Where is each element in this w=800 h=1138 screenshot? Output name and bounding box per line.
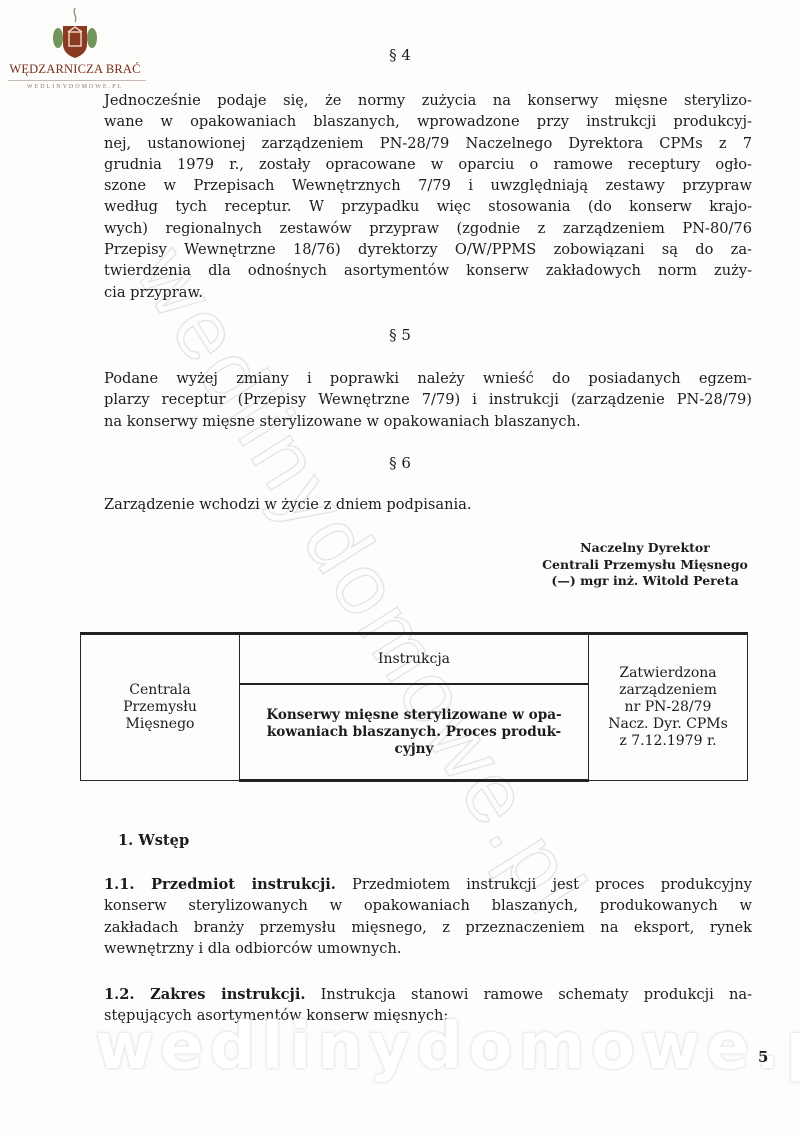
signature-institution: Centrali Przemysłu Mięsnego — [520, 557, 770, 574]
document-title-cell: Konserwy mięsne sterylizowane w opa- kow… — [240, 684, 589, 781]
document-type-cell: Instrukcja — [240, 634, 589, 685]
text-line: zakładach branży przemysłu mięsnego, z p… — [104, 917, 752, 938]
text-line: szone w Przepisach Wewnętrznych 7/79 i u… — [104, 175, 752, 196]
section-5-symbol: § 5 — [0, 326, 800, 344]
section-5-paragraph: Podane wyżej zmiany i poprawki należy wn… — [104, 368, 752, 432]
text-line: 1.1. Przedmiot instrukcji. Przedmiotem i… — [104, 874, 752, 895]
item-1-1-paragraph: 1.1. Przedmiot instrukcji. Przedmiotem i… — [104, 874, 752, 959]
text-line: na konserwy mięsne sterylizowane w opako… — [104, 411, 752, 432]
section-4-symbol: § 4 — [0, 46, 800, 64]
signature-name: (—) mgr inż. Witold Pereta — [520, 573, 770, 590]
item-1-2-paragraph: 1.2. Zakres instrukcji. Instrukcja stano… — [104, 984, 752, 1027]
approval-cell: Zatwierdzona zarządzeniem nr PN-28/79 Na… — [589, 634, 748, 781]
text-line: grudnia 1979 r., zostały opracowane w op… — [104, 154, 752, 175]
text-line: wewnętrzny i dla odbiorców umownych. — [104, 938, 752, 959]
signature-block: Naczelny Dyrektor Centrali Przemysłu Mię… — [520, 540, 770, 590]
page-number: 5 — [758, 1048, 768, 1066]
signature-title: Naczelny Dyrektor — [520, 540, 770, 557]
logo-brand-name: WĘDZARNICZA BRAĆ — [0, 62, 150, 77]
text-line: Przepisy Wewnętrzne 18/76) dyrektorzy O/… — [104, 239, 752, 260]
text-line: Podane wyżej zmiany i poprawki należy wn… — [104, 368, 752, 389]
text-line: Jednocześnie podaje się, że normy zużyci… — [104, 90, 752, 111]
logo-divider — [8, 80, 146, 81]
issuer-cell: Centrala Przemysłu Mięsnego — [81, 634, 240, 781]
text-line: twierdzenia dla odnośnych asortymentów k… — [104, 260, 752, 281]
text-line: cia przypraw. — [104, 282, 752, 303]
text-line: plarzy receptur (Przepisy Wewnętrzne 7/7… — [104, 389, 752, 410]
text-line: według tych receptur. W przypadku więc s… — [104, 196, 752, 217]
section-6-paragraph: Zarządzenie wchodzi w życie z dniem podp… — [104, 494, 752, 515]
section-4-paragraph: Jednocześnie podaje się, że normy zużyci… — [104, 90, 752, 303]
text-line: konserw sterylizowanych w opakowaniach b… — [104, 895, 752, 916]
item-label: 1.2. Zakres instrukcji. — [104, 986, 305, 1003]
section-6-symbol: § 6 — [0, 454, 800, 472]
text-line: 1.2. Zakres instrukcji. Instrukcja stano… — [104, 984, 752, 1005]
instruction-header-table: Centrala Przemysłu Mięsnego Instrukcja Z… — [80, 632, 748, 782]
text-line: Zarządzenie wchodzi w życie z dniem podp… — [104, 494, 752, 515]
text-line: nej, ustanowionej zarządzeniem PN-28/79 … — [104, 133, 752, 154]
text-line: wane w opakowaniach blaszanych, wprowadz… — [104, 111, 752, 132]
text-line: stępujących asortymentów konserw mięsnyc… — [104, 1005, 752, 1026]
item-label: 1.1. Przedmiot instrukcji. — [104, 876, 336, 893]
chapter-heading: 1. Wstęp — [118, 832, 189, 849]
text-line: wych) regionalnych zestawów przypraw (zg… — [104, 218, 752, 239]
